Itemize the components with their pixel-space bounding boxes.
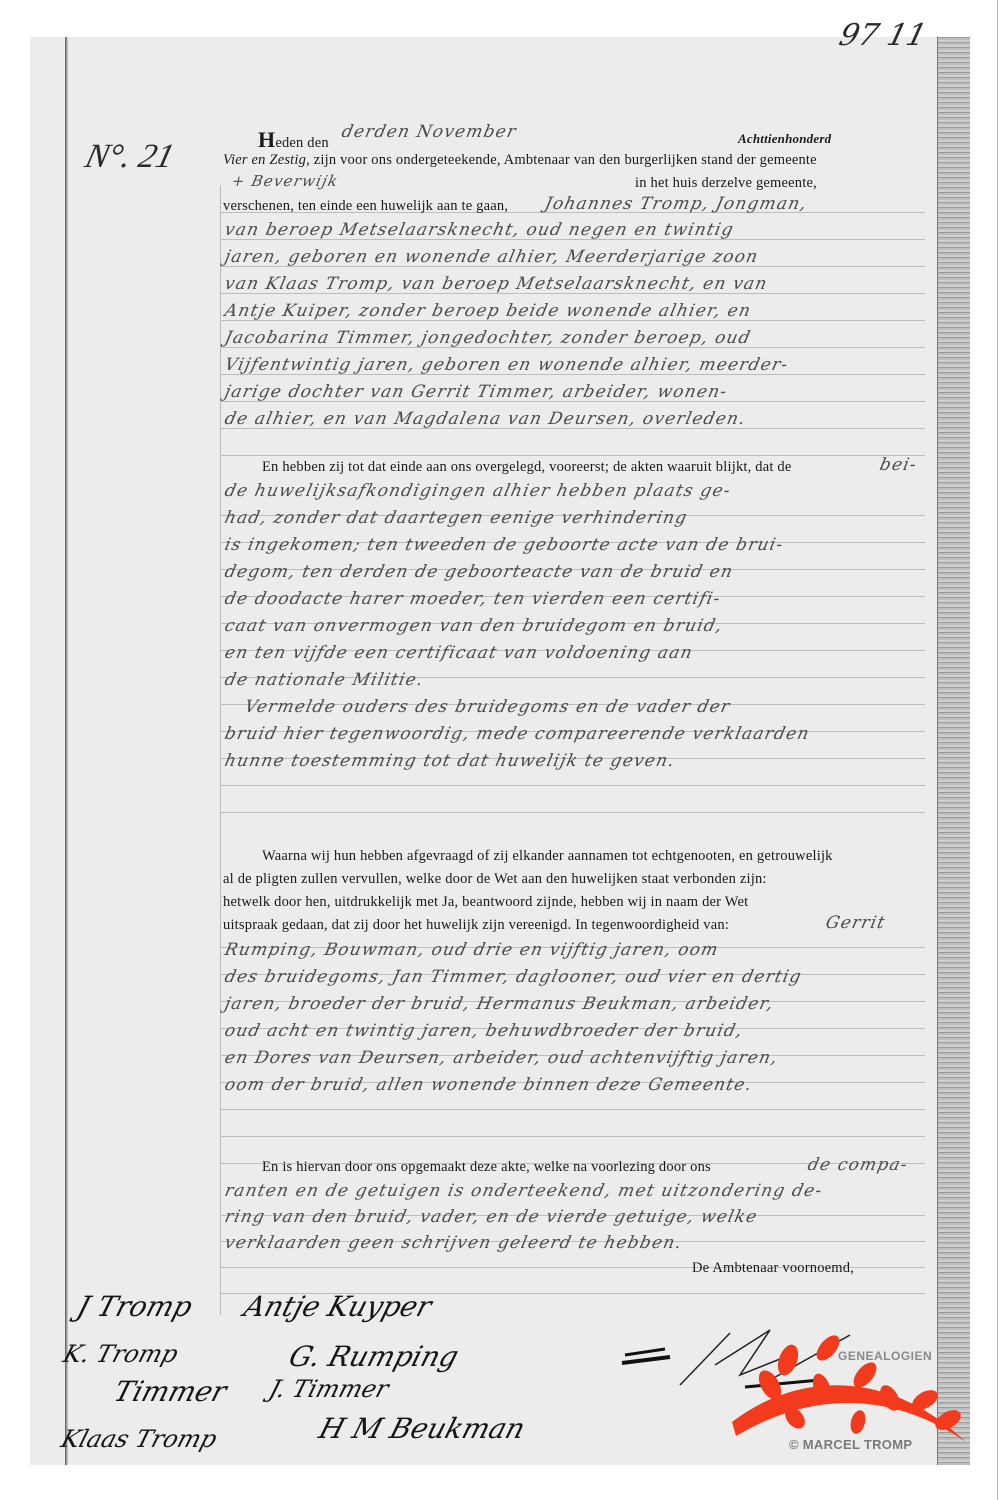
intro-line-1: Heden den (258, 127, 329, 153)
handwritten-line: Vijfentwintig jaren, geboren en wonende … (223, 355, 790, 375)
handwritten-line: de doodacte harer moeder, ten vierden ee… (223, 589, 723, 609)
witness-line: oud acht en twintig jaren, behuwdbroeder… (223, 1021, 745, 1041)
handwritten-line: de alhier, en van Magdalena van Deursen,… (223, 409, 748, 429)
official-label: De Ambtenaar voornoemd, (692, 1260, 854, 1277)
vows-line: Waarna wij hun hebben afgevraagd of zij … (262, 848, 833, 865)
signature: J Tromp (73, 1290, 196, 1323)
signature: K. Tromp (60, 1340, 181, 1368)
handwritten-line: de huwelijksafkondigingen alhier hebben … (223, 481, 733, 501)
handwritten-line: degom, ten derden de geboorteacte van de… (223, 562, 735, 582)
handwritten-line: caat van onvermogen van den bruidegom en… (223, 616, 725, 636)
handwritten-groom: Johannes Tromp, Jongman, (543, 194, 809, 214)
printed-text: eden den (275, 135, 329, 151)
page-edge (937, 37, 970, 1465)
handwritten-line: Vermelde ouders des bruidegoms en de vad… (243, 697, 733, 717)
handwritten-line: is ingekomen; ten tweeden de geboorte ac… (223, 535, 786, 555)
handwritten-fragment: Gerrit (824, 913, 888, 933)
signature: Antje Kuyper (240, 1290, 435, 1323)
vows-line: hetwelk door hen, uitdrukkelijk met Ja, … (223, 894, 748, 911)
handwritten-line: hunne toestemming tot dat huwelijk te ge… (223, 751, 677, 771)
logo-title: GENEALOGIEN (838, 1349, 932, 1363)
printed-year-word: Achttienhonderd (738, 131, 831, 147)
act-number: N°. 21 (81, 138, 178, 176)
handwritten-line: jarige dochter van Gerrit Timmer, arbeid… (223, 382, 730, 402)
intro-line-4: verschenen, ten einde een huwelijk aan t… (223, 198, 508, 215)
vows-line: uitspraak gedaan, dat zij door het huwel… (223, 917, 729, 934)
column-border (220, 185, 221, 1315)
printed-italic-year: Vier en Zestig (223, 152, 306, 168)
documents-intro: En hebben zij tot dat einde aan ons over… (262, 459, 792, 476)
rule-line (220, 455, 925, 456)
page-binding (65, 37, 68, 1465)
rule-line (220, 1136, 925, 1137)
intro-line-3: in het huis derzelve gemeente, (635, 175, 817, 192)
handwritten-line: ranten en de getuigen is onderteekend, m… (223, 1181, 825, 1201)
rule-line (220, 1109, 925, 1110)
handwritten-line: verklaarden geen schrijven geleerd te he… (223, 1233, 684, 1253)
handwritten-line: bruid hier tegenwoordig, mede compareere… (223, 724, 812, 744)
handwritten-municipality: + Beverwijk (230, 172, 340, 190)
closing-printed: En is hiervan door ons opgemaakt deze ak… (262, 1159, 711, 1176)
handwritten-date: derden November (340, 122, 519, 142)
handwritten-fragment: bei- (878, 455, 919, 475)
handwritten-line: van beroep Metselaarsknecht, oud negen e… (223, 220, 736, 240)
intro-line-2: Vier en Zestig, zijn voor ons ondergetee… (223, 152, 817, 169)
signature: G. Rumping (285, 1340, 462, 1373)
handwritten-line: ring van den bruid, vader, en de vierde … (223, 1207, 760, 1227)
frame-border (997, 0, 998, 1500)
witness-line: en Dores van Deursen, arbeider, oud acht… (223, 1048, 780, 1068)
signature: H M Beukman (315, 1412, 529, 1445)
signature: Timmer (110, 1375, 230, 1408)
signature: J. Timmer (266, 1375, 392, 1403)
handwritten-line: van Klaas Tromp, van beroep Metselaarskn… (223, 274, 770, 294)
vows-line: al de pligten zullen vervullen, welke do… (223, 871, 767, 888)
rule-line (220, 812, 925, 813)
signature: Klaas Tromp (58, 1425, 220, 1453)
handwritten-line: Jacobarina Timmer, jongedochter, zonder … (223, 328, 753, 348)
witness-line: des bruidegoms, Jan Timmer, daglooner, o… (223, 967, 804, 987)
handwritten-line: en ten vijfde een certificaat van voldoe… (223, 643, 695, 663)
handwritten-line: Antje Kuiper, zonder beroep beide wonend… (223, 301, 753, 321)
drop-cap: H (258, 127, 275, 152)
copyright-text: © MARCEL TROMP (789, 1437, 912, 1452)
handwritten-line: jaren, geboren en wonende alhier, Meerde… (223, 247, 761, 267)
witness-line: Rumping, Bouwman, oud drie en vijftig ja… (223, 940, 721, 960)
rule-line (220, 785, 925, 786)
handwritten-fragment: de compa- (806, 1155, 910, 1175)
witness-line: jaren, broeder der bruid, Hermanus Beukm… (223, 994, 776, 1014)
handwritten-line: de nationale Militie. (223, 670, 426, 690)
witness-line: oom der bruid, allen wonende binnen deze… (223, 1075, 754, 1095)
folio-number: 97 11 (836, 18, 931, 53)
printed-text: , zijn voor ons ondergeteekende, Ambtena… (306, 152, 817, 168)
handwritten-line: had, zonder dat daartegen eenige verhind… (223, 508, 690, 528)
